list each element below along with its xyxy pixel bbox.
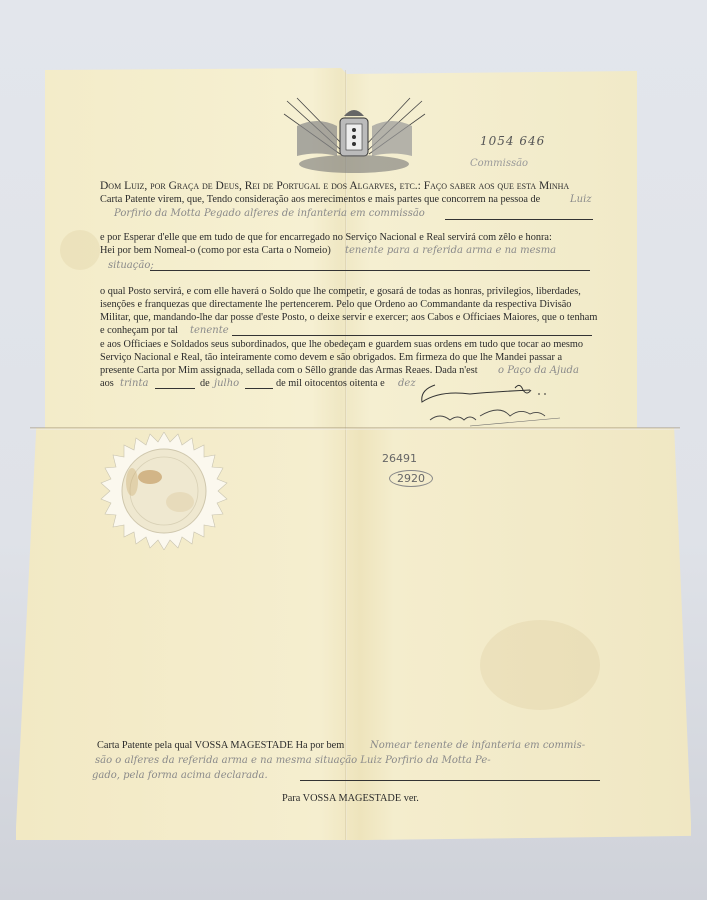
body-line-13: presente Carta por Mim assignada, sellad…	[100, 365, 478, 376]
body-line-4: e por Esperar d'elle que em tudo de que …	[100, 232, 552, 243]
royal-coat-of-arms-icon	[282, 96, 427, 176]
fill-line	[245, 388, 273, 389]
paper-stain	[480, 620, 600, 710]
handwritten-name-rank: Porfirio da Motta Pegado alferes de infa…	[114, 208, 425, 219]
fill-line	[155, 388, 195, 389]
archive-number: 26491	[382, 452, 417, 465]
footer-handwritten-1: Nomear tenente de infanteria em commis-	[370, 740, 585, 751]
reference-number: 1054 646	[480, 134, 545, 148]
body-line-11: e aos Officiaes e Soldados seus subordin…	[100, 339, 583, 350]
footer-handwritten-2: são o alferes da referida arma e na mesm…	[95, 755, 491, 766]
handwritten-situation: situação;	[108, 260, 154, 271]
body-line-9: Militar, que, mandando-lhe dar posse d'e…	[100, 312, 597, 323]
body-line-1: Dom Luiz, por Graça de Deus, Rei de Port…	[100, 180, 569, 192]
handwritten-promotion: tenente para a referida arma e na mesma	[345, 245, 556, 256]
handwritten-rank: tenente	[190, 325, 229, 336]
margin-annotation: Commissão	[470, 158, 528, 169]
handwritten-place: o Paço da Ajuda	[498, 365, 579, 376]
body-line-12: Serviço Nacional e Real, tão inteirament…	[100, 352, 562, 363]
footer-line-1: Carta Patente pela qual VOSSA MAGESTADE …	[97, 740, 344, 751]
fill-line	[232, 335, 592, 336]
body-line-10: e conheçam por tal	[100, 325, 178, 336]
archive-circled-number: 2920	[389, 470, 433, 487]
body-line-8: isenções e franquezas que directamente l…	[100, 299, 571, 310]
fill-line	[300, 780, 600, 781]
body-line-2: Carta Patente virem, que, Tendo consider…	[100, 194, 540, 205]
footer-line-4: Para VOSSA MAGESTADE ver.	[282, 793, 419, 804]
horizontal-fold	[30, 427, 680, 430]
date-de: de	[200, 378, 210, 389]
embossed-seal-icon	[100, 432, 228, 550]
royal-signature-icon	[410, 380, 580, 430]
footer-handwritten-3: gado, pela forma acima declarada.	[92, 770, 268, 781]
body-line-7: o qual Posto servirá, e com elle haverá …	[100, 286, 581, 297]
date-year-text: de mil oitocentos oitenta e	[276, 378, 385, 389]
fill-line	[150, 270, 590, 271]
handwritten-month: julho	[214, 378, 239, 389]
handwritten-day: trinta	[120, 378, 148, 389]
body-line-5: Hei por bem Nomeal-o (como por esta Cart…	[100, 245, 331, 256]
date-prefix: aos	[100, 378, 114, 389]
fill-line	[445, 219, 593, 220]
paper-stain	[60, 230, 100, 270]
handwritten-name-start: Luiz	[570, 194, 592, 205]
